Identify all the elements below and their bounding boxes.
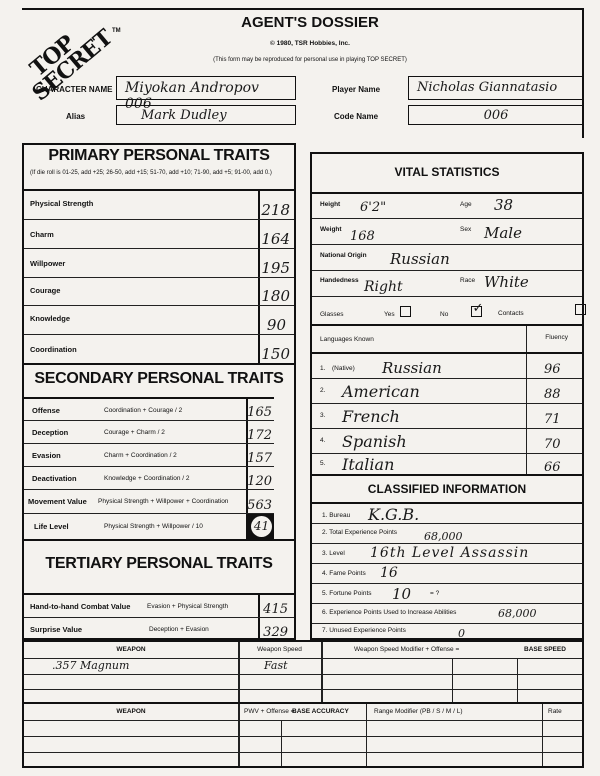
trait-value[interactable]: 150 (261, 345, 290, 363)
language-fluency[interactable]: 88 (544, 387, 561, 402)
classified-row: 5. Fortune Points 10 = ? (312, 583, 582, 603)
base-accuracy-column-header: BASE ACCURACY (292, 708, 349, 715)
logo-tm: TM (112, 28, 121, 34)
weapon-column-header: WEAPON (24, 646, 238, 653)
header-frame (22, 8, 584, 10)
trait-label: Hand-to-hand Combat Value (30, 602, 130, 611)
primary-traits-title: PRIMARY PERSONAL TRAITS (24, 147, 294, 165)
speed-modifier-column-header: Weapon Speed Modifier + Offense = (354, 646, 459, 653)
languages-box: Languages Known Fluency 1. (Native) Russ… (310, 324, 584, 476)
trait-value[interactable]: 120 (247, 474, 272, 489)
classified-value[interactable]: 68,000 (498, 607, 537, 620)
trait-row: Willpower 195 (24, 248, 294, 277)
handedness-label: Handedness (320, 277, 359, 284)
vital-statistics-box: VITAL STATISTICS Height 6'2" Age 38 Weig… (310, 152, 584, 326)
life-level-cell: 41 (246, 514, 274, 539)
trait-label: Movement Value (28, 497, 87, 506)
vital-row: Height 6'2" Age 38 (312, 192, 582, 218)
language-number: 2. (320, 387, 325, 394)
language-name[interactable]: Italian (342, 455, 394, 474)
trait-label: Offense (32, 406, 60, 415)
trait-row: Life Level Physical Strength + Willpower… (24, 513, 274, 539)
classified-value[interactable]: 10 (392, 585, 411, 603)
weapon-row[interactable] (24, 674, 582, 689)
fluency-header: Fluency (545, 334, 568, 341)
languages-header: Languages Known (320, 336, 374, 343)
trait-value[interactable]: 329 (263, 625, 288, 640)
trait-value[interactable]: 165 (247, 405, 272, 420)
weapon-speed-column-header: Weapon Speed (238, 646, 321, 653)
weapon-row[interactable] (24, 752, 582, 768)
language-row: 1. (Native) Russian 96 (312, 352, 582, 378)
language-name[interactable]: French (342, 407, 400, 426)
classified-row: 7. Unused Experience Points 0 (312, 623, 582, 640)
trait-value[interactable]: 41 (254, 519, 269, 533)
trait-formula: Physical Strength + Willpower + Coordina… (98, 498, 228, 505)
trait-row: Evasion Charm + Coordination / 2 157 (24, 443, 274, 466)
base-speed-column-header: BASE SPEED (524, 646, 566, 653)
trait-value[interactable]: 157 (247, 451, 272, 466)
top-secret-logo: TOP SECRET TM (22, 22, 122, 92)
classified-info-title: CLASSIFIED INFORMATION (312, 482, 582, 496)
trait-label: Coordination (30, 345, 77, 354)
language-name[interactable]: Spanish (342, 432, 407, 451)
language-number: 4. (320, 437, 325, 444)
character-name-field[interactable]: Miyokan Andropov 006 (116, 76, 296, 100)
vital-row: National Origin Russian (312, 244, 582, 270)
vital-row: Weight 168 Sex Male (312, 218, 582, 244)
language-row: 3. French 71 (312, 403, 582, 428)
weapon-row: .357 Magnum Fast (24, 658, 582, 674)
classified-row: 2. Total Experience Points 68,000 (312, 523, 582, 543)
language-fluency[interactable]: 96 (544, 362, 561, 377)
classified-row: 3. Level 16th Level Assassin (312, 543, 582, 563)
classified-row: 4. Fame Points 16 (312, 563, 582, 583)
glasses-no-label: No (440, 311, 448, 318)
trait-label: Deactivation (32, 474, 77, 483)
trait-row: Offense Coordination + Courage / 2 165 (24, 397, 274, 420)
secondary-traits-box: SECONDARY PERSONAL TRAITS Offense Coordi… (22, 363, 296, 541)
height-label: Height (320, 201, 340, 208)
secondary-traits-title: SECONDARY PERSONAL TRAITS (24, 370, 294, 388)
trait-row: Hand-to-hand Combat Value Evasion + Phys… (24, 593, 294, 617)
language-row: 2. American 88 (312, 378, 582, 403)
primary-traits-note: (If die roll is 01-25, add +25; 26-50, a… (30, 169, 288, 177)
alias-field[interactable]: Mark Dudley (116, 105, 296, 125)
trait-row: Deception Courage + Charm / 2 172 (24, 420, 274, 443)
trait-label: Charm (30, 230, 54, 239)
classified-row: 1. Bureau K.G.B. (312, 502, 582, 523)
classified-label: 7. Unused Experience Points (322, 627, 406, 634)
classified-label: 4. Fame Points (322, 570, 366, 577)
glasses-label: Glasses (320, 311, 343, 318)
trait-formula: Evasion + Physical Strength (147, 603, 228, 610)
classified-value[interactable]: K.G.B. (368, 505, 419, 524)
weapon-column-header: WEAPON (24, 708, 238, 715)
trait-value[interactable]: 195 (261, 259, 290, 277)
weight-value[interactable]: 168 (350, 229, 375, 244)
trait-value[interactable]: 180 (261, 287, 290, 305)
classified-label: 5. Fortune Points (322, 590, 372, 597)
language-fluency[interactable]: 66 (544, 460, 561, 475)
trait-row: Knowledge 90 (24, 305, 294, 334)
language-name[interactable]: Russian (382, 359, 442, 377)
code-name-label: Code Name (334, 112, 378, 121)
trait-row: Physical Strength 218 (24, 189, 294, 219)
weapon-accuracy-table: WEAPON PWV + Offense = BASE ACCURACY Ran… (22, 702, 584, 768)
classified-value[interactable]: 16th Level Assassin (370, 545, 529, 561)
classified-value[interactable]: 16 (380, 565, 398, 581)
weapon-row[interactable] (24, 720, 582, 736)
age-label: Age (460, 201, 472, 208)
trait-row: Courage 180 (24, 277, 294, 305)
tertiary-traits-title: TERTIARY PERSONAL TRAITS (24, 555, 294, 573)
character-name-label: CHARACTER NAME (36, 85, 112, 94)
race-label: Race (460, 277, 475, 284)
tertiary-traits-box: TERTIARY PERSONAL TRAITS Hand-to-hand Co… (22, 539, 296, 640)
pwv-offense-column-header: PWV + Offense = (244, 708, 294, 715)
language-number: 1. (320, 365, 325, 372)
trait-value[interactable]: 172 (247, 428, 272, 443)
classified-value[interactable]: 0 (458, 627, 465, 640)
trait-value[interactable]: 90 (267, 316, 286, 334)
trait-row: Deactivation Knowledge + Coordination / … (24, 466, 274, 489)
glasses-yes-label: Yes (384, 311, 395, 318)
trait-label: Life Level (34, 522, 69, 531)
trait-row: Movement Value Physical Strength + Willp… (24, 489, 274, 513)
trait-formula: Deception + Evasion (149, 626, 209, 633)
player-name-field[interactable]: Nicholas Giannatasio (408, 76, 584, 100)
age-value[interactable]: 38 (494, 196, 513, 214)
language-fluency[interactable]: 71 (544, 412, 561, 427)
alias-label: Alias (66, 112, 85, 121)
classified-row: 6. Experience Points Used to Increase Ab… (312, 603, 582, 623)
trait-formula: Courage + Charm / 2 (104, 429, 165, 436)
trait-value[interactable]: 164 (261, 230, 290, 248)
weapon-speed[interactable]: Fast (264, 659, 288, 672)
trait-formula: Coordination + Courage / 2 (104, 407, 182, 414)
race-value[interactable]: White (484, 273, 529, 291)
handedness-value[interactable]: Right (364, 279, 403, 295)
national-origin-value[interactable]: Russian (390, 250, 450, 268)
classified-label: 6. Experience Points Used to Increase Ab… (322, 609, 456, 616)
vital-row: Glasses Yes No ✓ Contacts (312, 296, 582, 324)
national-origin-label: National Origin (320, 252, 367, 259)
vital-row: Handedness Right Race White (312, 270, 582, 296)
trait-row: Surprise Value Deception + Evasion 329 (24, 617, 294, 640)
trait-label: Physical Strength (30, 199, 93, 208)
contacts-checkbox[interactable] (575, 304, 586, 315)
language-name[interactable]: American (342, 382, 420, 401)
trait-label: Willpower (30, 259, 65, 268)
rate-column-header: Rate (548, 708, 562, 715)
trait-label: Courage (30, 286, 60, 295)
trait-label: Deception (32, 428, 68, 437)
weapon-name[interactable]: .357 Magnum (52, 659, 129, 672)
weapon-speed-table: WEAPON Weapon Speed Weapon Speed Modifie… (22, 640, 584, 704)
code-name-field[interactable]: 006 (408, 105, 584, 125)
sex-label: Sex (460, 226, 471, 233)
trait-label: Surprise Value (30, 625, 82, 634)
language-number: 5. (320, 460, 325, 467)
trait-formula: Physical Strength + Willpower / 10 (104, 523, 203, 530)
range-modifier-column-header: Range Modifier (PB / S / M / L) (374, 708, 463, 715)
language-row: 5. Italian 66 (312, 453, 582, 476)
native-label: (Native) (332, 365, 355, 372)
trait-value[interactable]: 415 (263, 602, 288, 617)
glasses-no-checkbox[interactable]: ✓ (471, 306, 482, 317)
contacts-label: Contacts (498, 310, 524, 317)
reproduction-notice: (This form may be reproduced for persona… (150, 57, 470, 63)
player-name-label: Player Name (332, 85, 380, 94)
classified-info-box: CLASSIFIED INFORMATION 1. Bureau K.G.B. … (310, 474, 584, 640)
weapon-row[interactable] (24, 736, 582, 752)
page-title: AGENT'S DOSSIER (180, 14, 440, 31)
trait-value[interactable]: 563 (247, 498, 272, 513)
classified-label: 2. Total Experience Points (322, 529, 397, 536)
trait-value[interactable]: 218 (261, 201, 290, 219)
trait-formula: Knowledge + Coordination / 2 (104, 475, 189, 482)
language-number: 3. (320, 412, 325, 419)
weight-label: Weight (320, 226, 342, 233)
trait-label: Knowledge (30, 314, 70, 323)
fortune-suffix: = ? (430, 590, 439, 597)
language-fluency[interactable]: 70 (544, 437, 561, 452)
classified-label: 1. Bureau (322, 512, 350, 519)
sex-value[interactable]: Male (484, 224, 522, 242)
trait-row: Coordination 150 (24, 334, 294, 363)
classified-label: 3. Level (322, 550, 345, 557)
copyright: © 1980, TSR Hobbies, Inc. (180, 40, 440, 47)
language-row: 4. Spanish 70 (312, 428, 582, 453)
glasses-yes-checkbox[interactable] (400, 306, 411, 317)
trait-formula: Charm + Coordination / 2 (104, 452, 177, 459)
trait-row: Charm 164 (24, 219, 294, 248)
classified-value[interactable]: 68,000 (424, 530, 463, 543)
height-value[interactable]: 6'2" (360, 200, 386, 215)
check-mark-icon: ✓ (472, 301, 483, 316)
primary-traits-box: PRIMARY PERSONAL TRAITS (If die roll is … (22, 143, 296, 365)
life-level-circle: 41 (251, 516, 272, 537)
trait-label: Evasion (32, 451, 61, 460)
vital-statistics-title: VITAL STATISTICS (312, 165, 582, 179)
